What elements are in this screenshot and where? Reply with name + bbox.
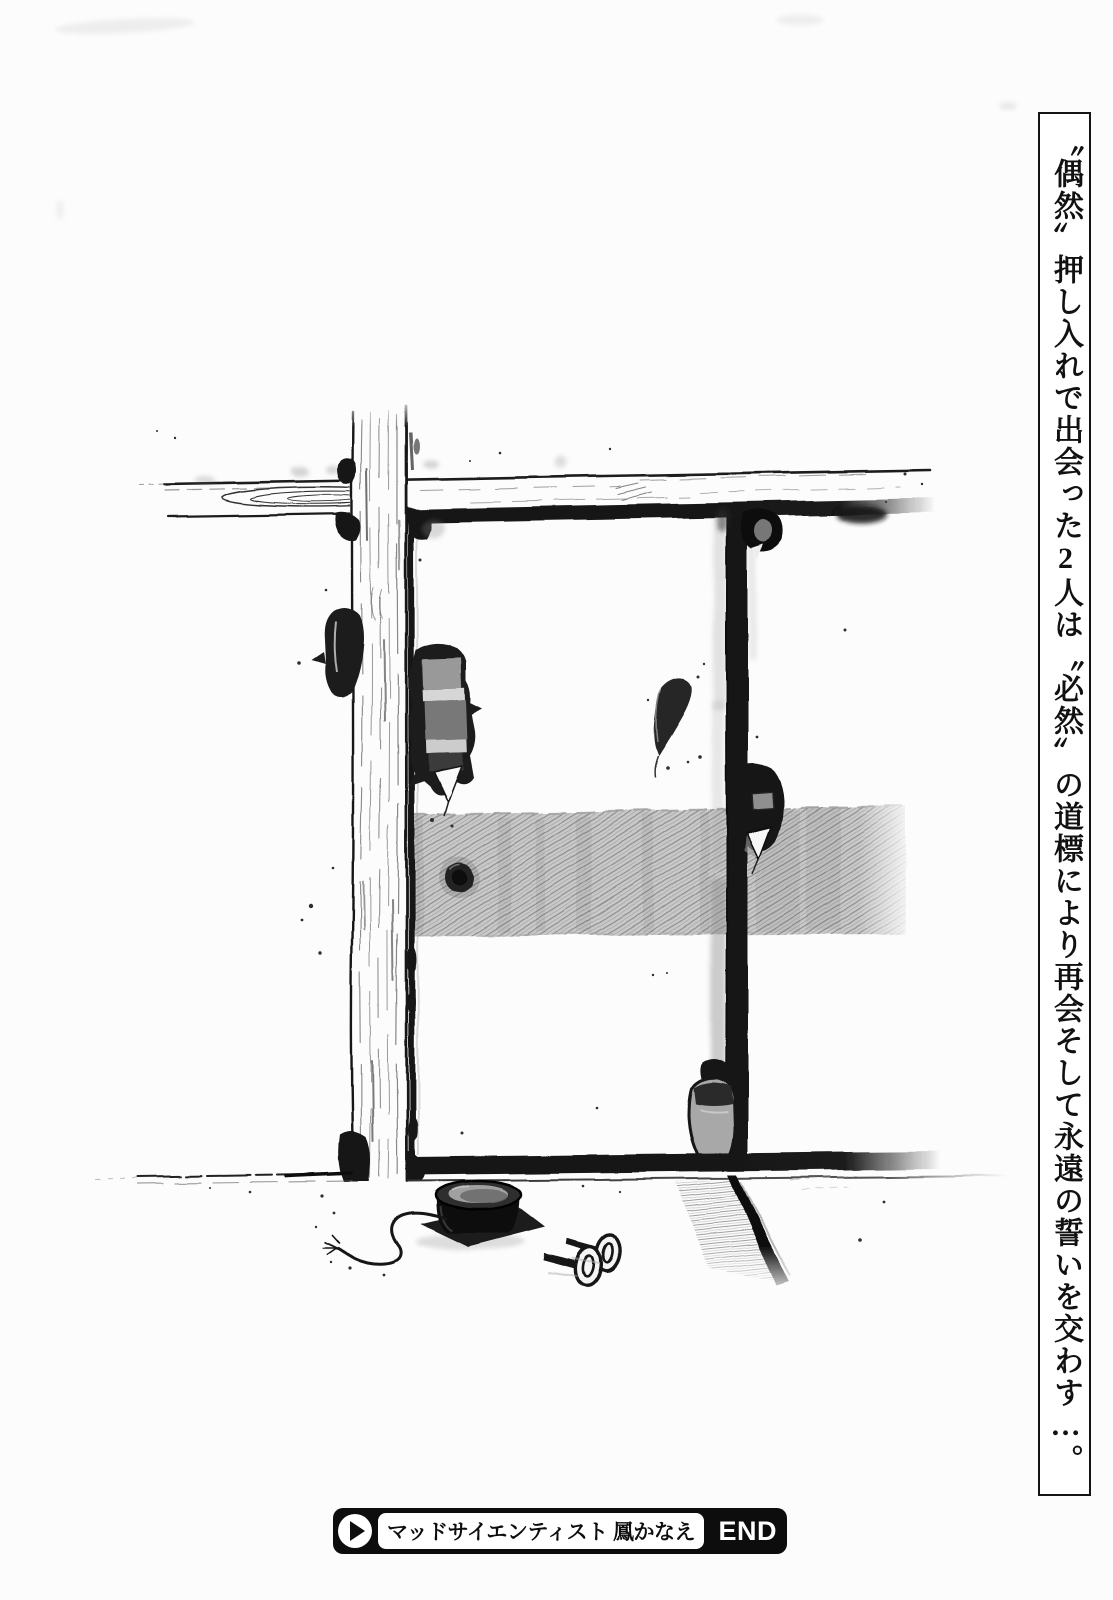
thumbtack-2 [540, 1240, 604, 1288]
end-label: END [718, 1516, 777, 1547]
door-pull [438, 857, 480, 899]
play-icon [338, 1514, 372, 1548]
tatami-floor [660, 1175, 800, 1300]
torn-hole-right-bottom [689, 1058, 735, 1158]
closet-door-illustration [0, 0, 1113, 1600]
title-pill: マッドサイエンティスト 鳳かなえ [378, 1513, 704, 1549]
torn-flap-middle [654, 678, 692, 778]
footer-bar: マッドサイエンティスト 鳳かなえ END [333, 1508, 787, 1554]
lintel-beam [140, 456, 935, 523]
title-label: マッドサイエンティスト 鳳かなえ [387, 1516, 695, 1546]
shadow-band [409, 800, 916, 940]
floor [96, 1151, 1008, 1190]
paper-smudges [55, 15, 1017, 220]
pillar [342, 396, 414, 1182]
manga-page: { "caption": { "text": "〝偶然〟押し入れで出会った2人は… [0, 0, 1113, 1600]
torn-hole-left [408, 643, 482, 816]
caption-box: 〝偶然〟押し入れで出会った2人は〝必然〟の道標により再会そして永遠の誓いを交わす… [1038, 112, 1091, 1496]
play-triangle-icon [350, 1521, 365, 1541]
cord-frayed-end [323, 1234, 340, 1254]
caption-text: 〝偶然〟押し入れで出会った2人は〝必然〟の道標により再会そして永遠の誓いを交わす… [1049, 126, 1082, 1476]
pot [323, 1181, 545, 1264]
